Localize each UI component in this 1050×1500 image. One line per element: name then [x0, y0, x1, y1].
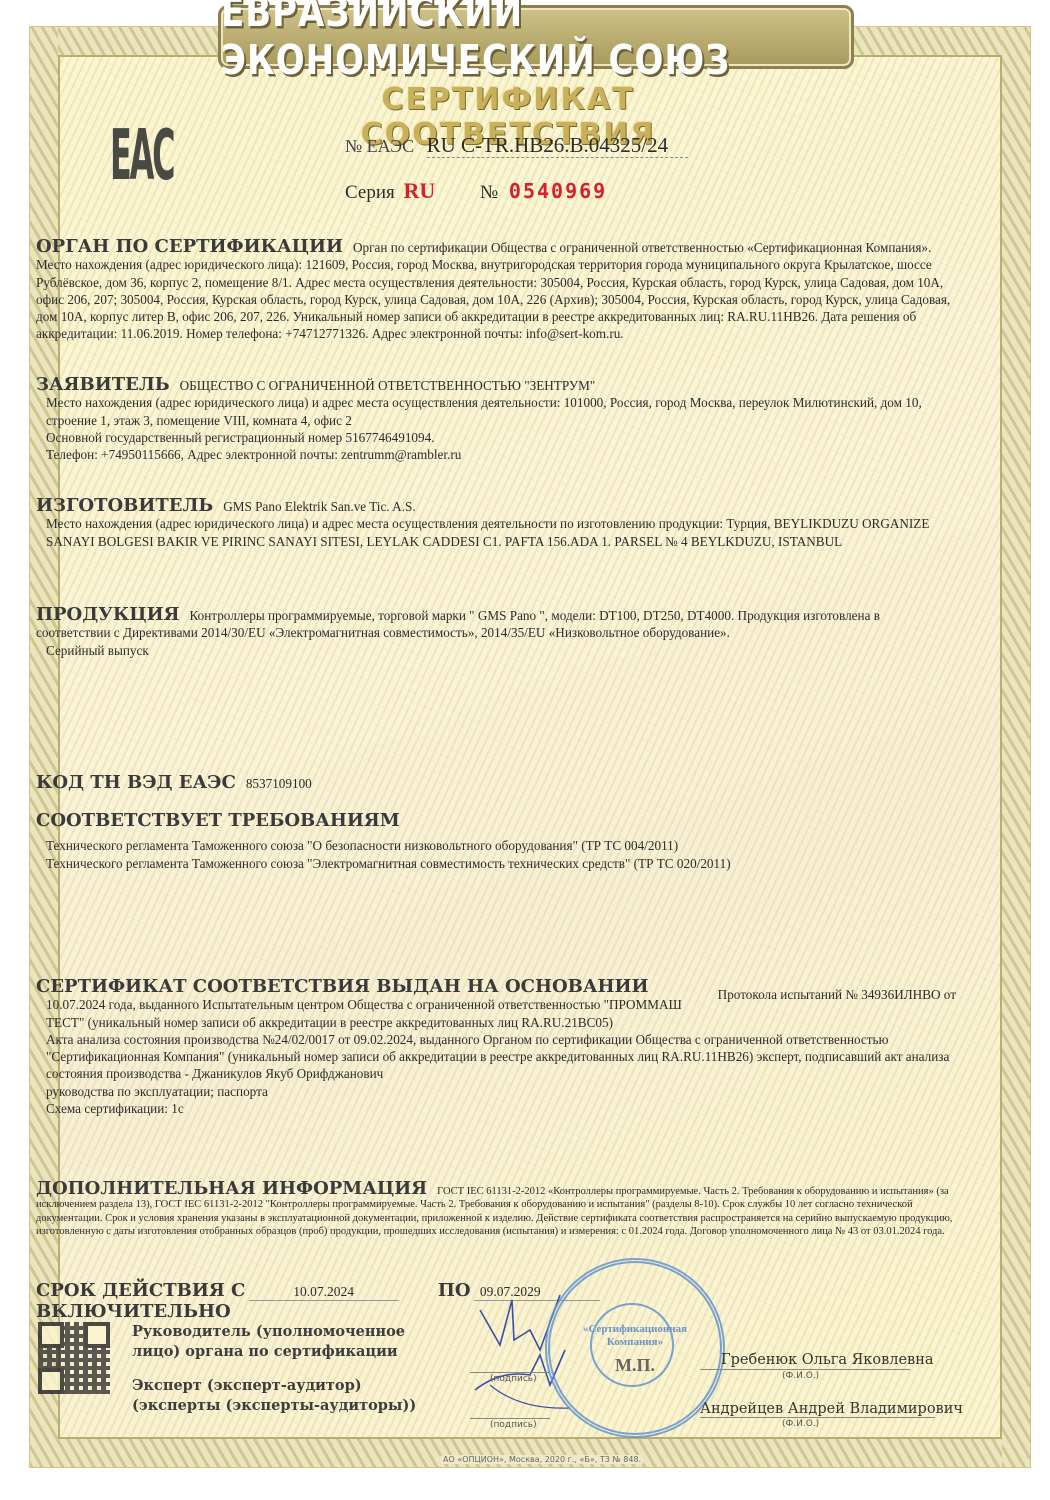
section-certification-body: ОРГАН ПО СЕРТИФИКАЦИИОрган по сертификац…: [36, 238, 956, 343]
head-label-line2: лицо) органа по сертификации: [132, 1342, 416, 1362]
series-value: RU: [404, 178, 436, 203]
heading-certification-body: ОРГАН ПО СЕРТИФИКАЦИИ: [36, 236, 343, 257]
requirement-item: Технического регламента Таможенного союз…: [46, 837, 956, 854]
heading-requirements: СООТВЕТСТВУЕТ ТРЕБОВАНИЯМ: [36, 812, 946, 829]
serial-label: №: [480, 182, 498, 203]
fio-line: [700, 1369, 910, 1370]
applicant-contacts: Телефон: +74950115666, Адрес электронной…: [46, 446, 956, 463]
section-requirements: СООТВЕТСТВУЕТ ТРЕБОВАНИЯМ Технического р…: [36, 812, 956, 872]
section-additional: ДОПОЛНИТЕЛЬНАЯ ИНФОРМАЦИЯГОСТ IEC 61131-…: [36, 1182, 956, 1239]
section-basis: СЕРТИФИКАТ СООТВЕТСТВИЯ ВЫДАН НА ОСНОВАН…: [36, 978, 956, 1117]
guilloche-border-right: [1002, 27, 1030, 1467]
requirement-item: Технического регламента Таможенного союз…: [46, 855, 956, 872]
signature-caption: (подпись): [490, 1420, 537, 1430]
heading-manufacturer: ИЗГОТОВИТЕЛЬ: [36, 495, 213, 516]
stamp-mp: М.П.: [550, 1355, 720, 1376]
validity-to-label: ПО: [438, 1280, 471, 1301]
stamp-company-name: «Сертификационная Компания»: [560, 1323, 710, 1349]
union-banner: ЕВРАЗИЙСКИЙ ЭКОНОМИЧЕСКИЙ СОЮЗ: [218, 5, 854, 69]
basis-lead: Протокола испытаний № 34936ИЛНВО от: [718, 986, 956, 1003]
section-tn-ved: КОД ТН ВЭД ЕАЭС8537109100: [36, 774, 956, 792]
heading-additional: ДОПОЛНИТЕЛЬНАЯ ИНФОРМАЦИЯ: [36, 1178, 427, 1199]
manufacturer-address: Место нахождения (адрес юридического лиц…: [46, 515, 956, 550]
series-label: Серия: [345, 182, 395, 203]
signature-caption: (подпись): [490, 1374, 537, 1384]
applicant-address: Место нахождения (адрес юридического лиц…: [46, 394, 956, 429]
stamp-text-line: «Сертификационная: [560, 1323, 710, 1336]
serial-number: 0540969: [509, 179, 607, 203]
union-title: ЕВРАЗИЙСКИЙ ЭКОНОМИЧЕСКИЙ СОЮЗ: [221, 0, 851, 85]
product-production-type: Серийный выпуск: [46, 642, 956, 659]
heading-product: ПРОДУКЦИЯ: [36, 604, 179, 625]
expert-label-line2: (эксперты (эксперты-аудиторы)): [132, 1396, 416, 1416]
registration-number: RU C-TR.НВ26.В.04325/24: [427, 133, 689, 158]
signature-labels: Руководитель (уполномоченное лицо) орган…: [132, 1322, 416, 1416]
stamp-text-line: Компания»: [560, 1336, 710, 1349]
head-name: Гребенюк Ольга Яковлевна: [721, 1352, 934, 1368]
basis-line: Схема сертификации: 1с: [46, 1100, 956, 1117]
signature-line: [470, 1418, 550, 1419]
qr-code-icon: [38, 1322, 110, 1394]
tn-ved-code: 8537109100: [246, 776, 312, 791]
fio-caption: (Ф.И.О.): [782, 1371, 819, 1381]
eac-logo-icon: ЕАС: [110, 114, 173, 196]
validity-from-label: СРОК ДЕЙСТВИЯ С: [36, 1280, 245, 1301]
section-manufacturer: ИЗГОТОВИТЕЛЬGMS Pano Elektrik San.ve Tic…: [36, 497, 956, 550]
printer-imprint: АО «ОПЦИОН», Москва, 2020 г., «Б», ТЗ № …: [440, 1455, 644, 1464]
fio-caption: (Ф.И.О.): [782, 1419, 819, 1429]
head-label-line1: Руководитель (уполномоченное: [132, 1322, 416, 1342]
heading-tn-ved: КОД ТН ВЭД ЕАЭС: [36, 772, 236, 793]
basis-line: руководства по эксплуатации; паспорта: [46, 1083, 956, 1100]
heading-applicant: ЗАЯВИТЕЛЬ: [36, 374, 170, 395]
signature-line: [470, 1372, 550, 1373]
company-stamp-icon: «Сертификационная Компания» М.П.: [545, 1258, 725, 1438]
section-applicant: ЗАЯВИТЕЛЬОБЩЕСТВО С ОГРАНИЧЕННОЙ ОТВЕТСТ…: [36, 376, 956, 463]
registration-number-line: № ЕАЭС RU C-TR.НВ26.В.04325/24: [345, 133, 688, 158]
applicant-ogrn: Основной государственный регистрационный…: [46, 429, 956, 446]
series-line: Серия RU № 0540969: [345, 178, 607, 204]
heading-basis: СЕРТИФИКАТ СООТВЕТСТВИЯ ВЫДАН НА ОСНОВАН…: [36, 976, 649, 997]
registration-label: № ЕАЭС: [345, 136, 414, 156]
manufacturer-name: GMS Pano Elektrik San.ve Tic. A.S.: [223, 499, 415, 514]
basis-line: Акта анализа состояния производства №24/…: [46, 1031, 956, 1083]
expert-label-line1: Эксперт (эксперт-аудитор): [132, 1376, 416, 1396]
applicant-name: ОБЩЕСТВО С ОГРАНИЧЕННОЙ ОТВЕТСТВЕННОСТЬЮ…: [180, 378, 596, 393]
fio-line: [700, 1417, 935, 1418]
section-product: ПРОДУКЦИЯКонтроллеры программируемые, то…: [36, 606, 956, 659]
expert-name: Андрейцев Андрей Владимирович: [700, 1401, 963, 1417]
validity-date-from: 10.07.2024: [249, 1283, 399, 1301]
